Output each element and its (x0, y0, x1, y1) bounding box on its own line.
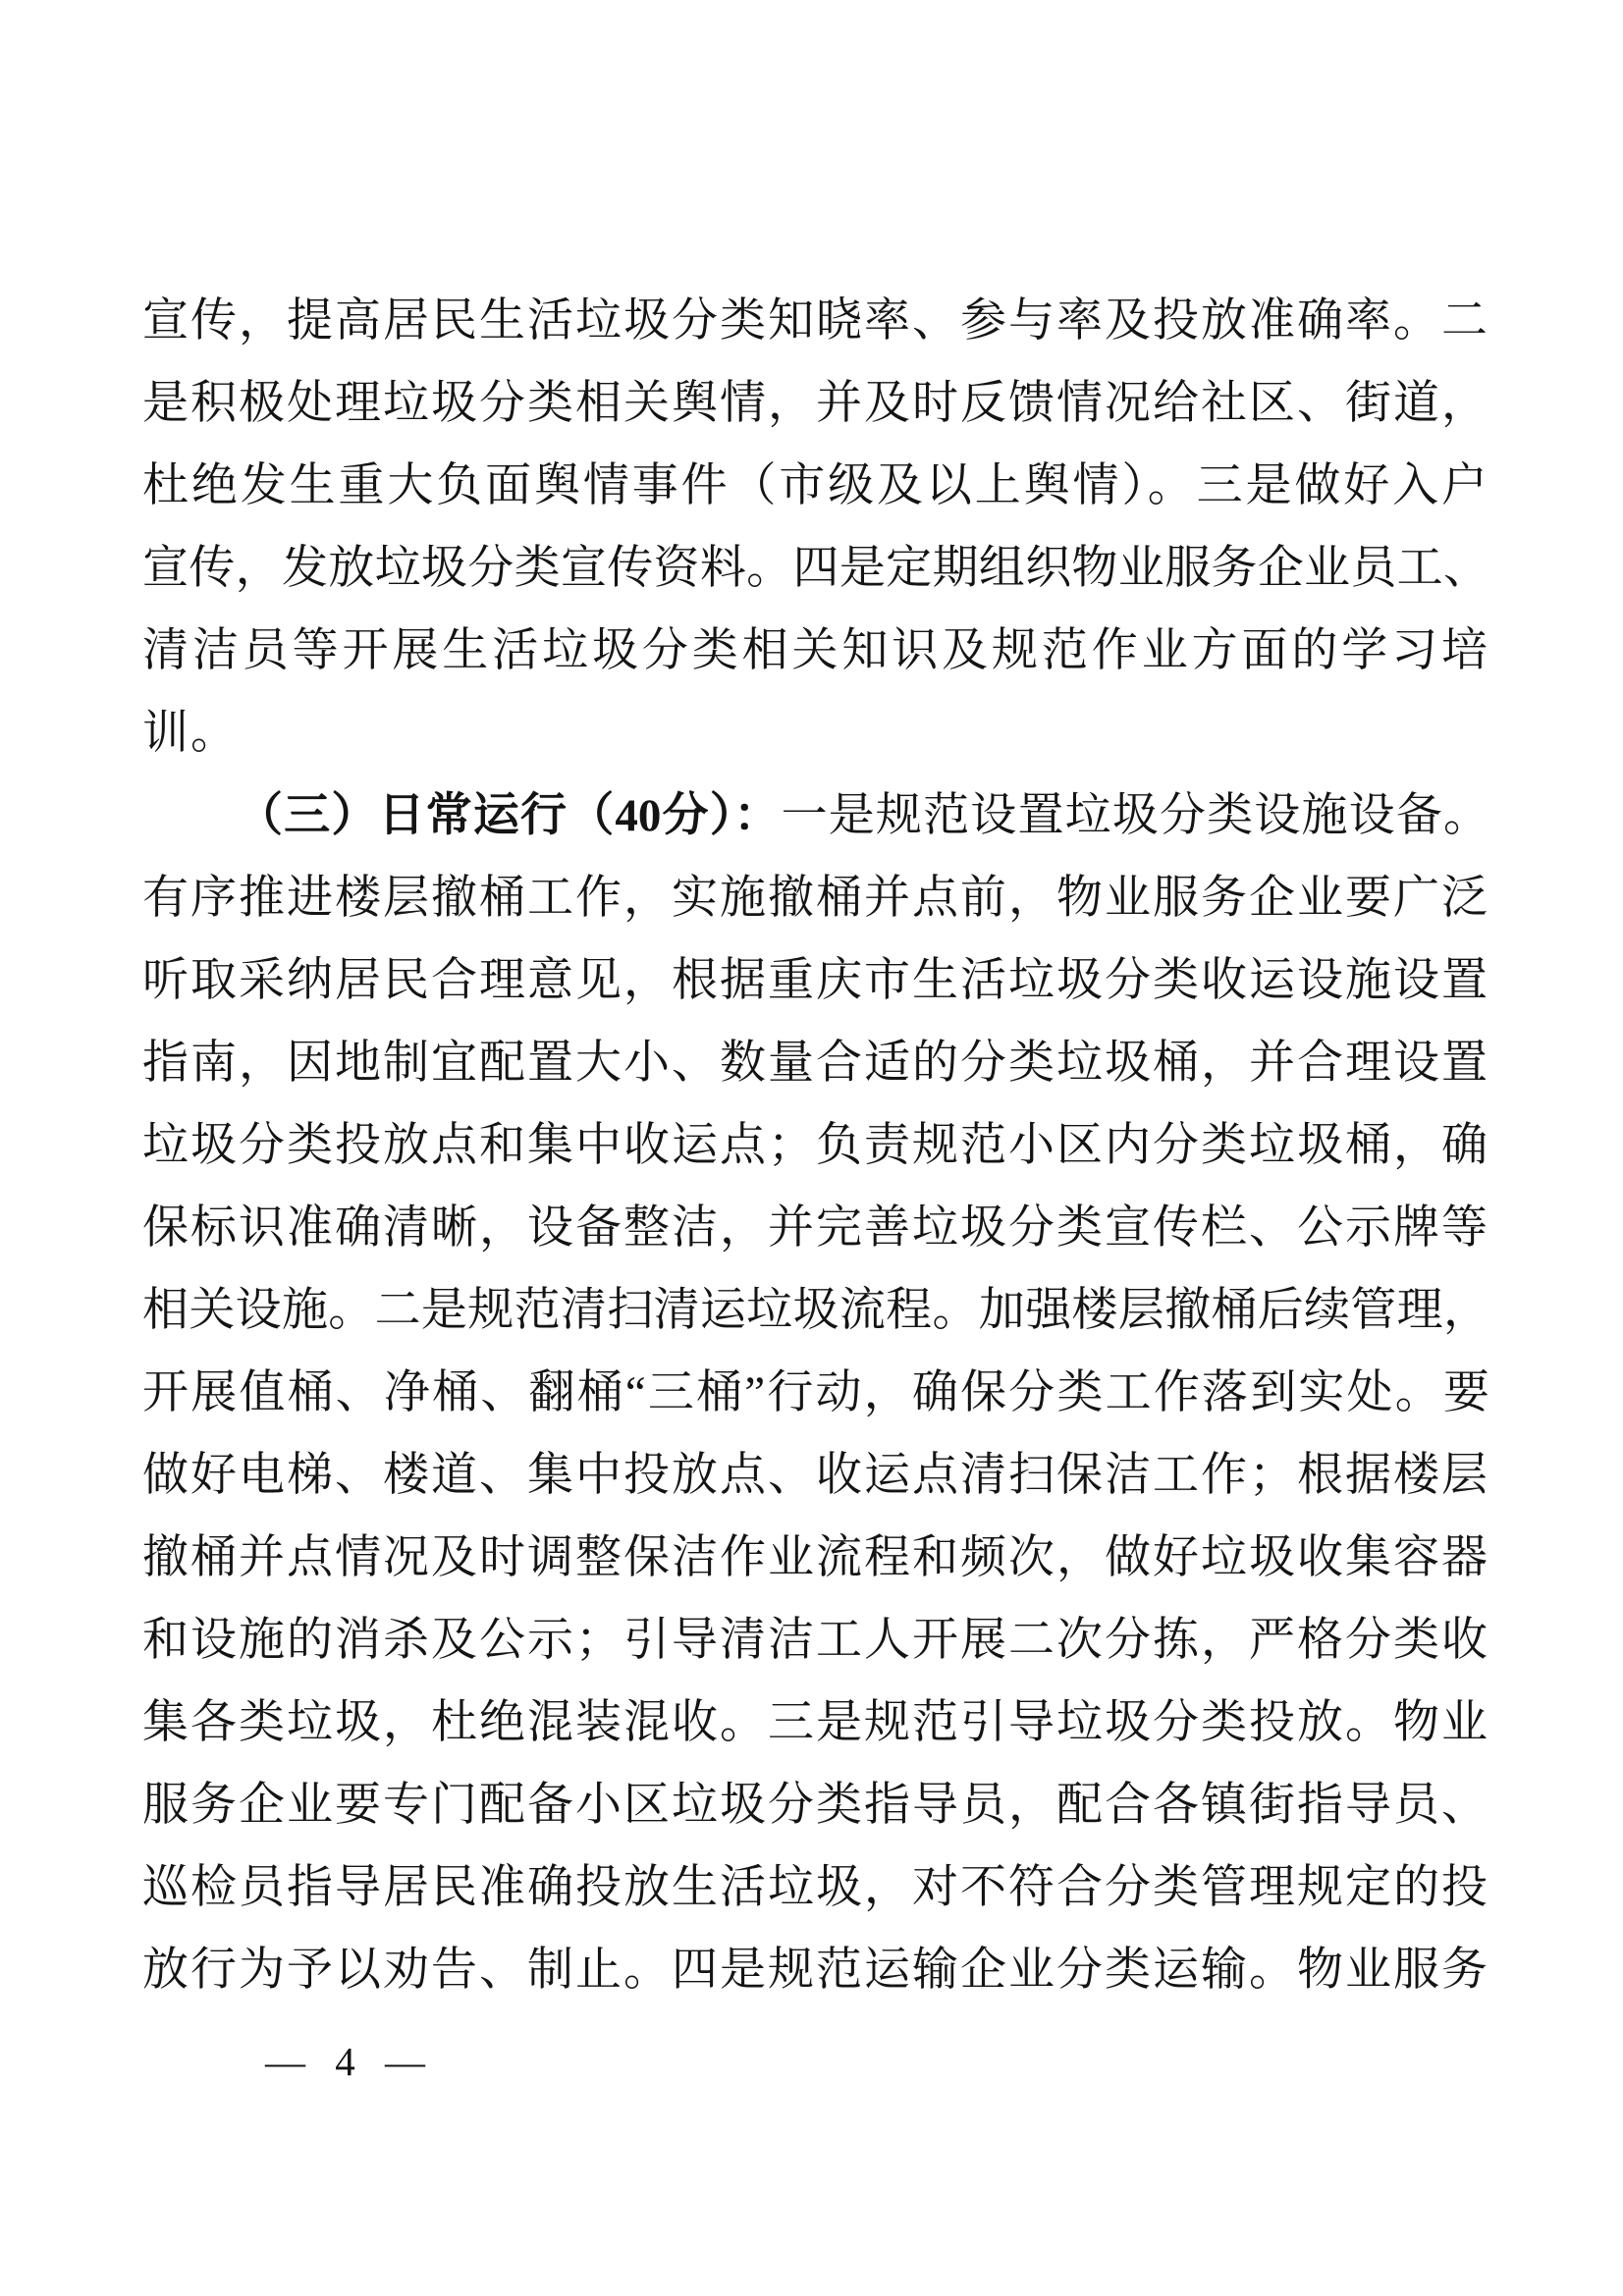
text-line: 开展值桶、净桶、翻桶“三桶”行动，确保分类工作落到实处。要 (142, 1352, 1489, 1434)
body-text: 一是规范设置垃圾分类设施设备。 (782, 790, 1489, 841)
text-line: 和设施的消杀及公示；引导清洁工人开展二次分拣，严格分类收 (142, 1599, 1489, 1682)
text-line: 指南，因地制宜配置大小、数量合适的分类垃圾桶，并合理设置 (142, 1022, 1489, 1104)
body-text: 集各类垃圾，杜绝混装混收。三是规范引导垃圾分类投放。物业 (142, 1697, 1489, 1748)
text-line: 训。 (142, 692, 1489, 774)
text-line: 做好电梯、楼道、集中投放点、收运点清扫保洁工作；根据楼层 (142, 1434, 1489, 1517)
body-text: 开展值桶、净桶、翻桶“三桶”行动，确保分类工作落到实处。要 (142, 1367, 1489, 1418)
text-line: 垃圾分类投放点和集中收运点；负责规范小区内分类垃圾桶，确 (142, 1104, 1489, 1187)
body-text: 垃圾分类投放点和集中收运点；负责规范小区内分类垃圾桶，确 (142, 1120, 1489, 1171)
text-line: 宣传，发放垃圾分类宣传资料。四是定期组织物业服务企业员工、 (142, 527, 1489, 610)
text-line: （三）日常运行（40分）：一是规范设置垃圾分类设施设备。 (142, 774, 1489, 857)
body-text: 和设施的消杀及公示；引导清洁工人开展二次分拣，严格分类收 (142, 1615, 1489, 1666)
text-line: 清洁员等开展生活垃圾分类相关知识及规范作业方面的学习培 (142, 610, 1489, 692)
body-text: 保标识准确清晰，设备整洁，并完善垃圾分类宣传栏、公示牌等 (142, 1202, 1489, 1254)
text-line: 巡检员指导居民准确投放生活垃圾，对不符合分类管理规定的投 (142, 1846, 1489, 1929)
body-text: 巡检员指导居民准确投放生活垃圾，对不符合分类管理规定的投 (142, 1862, 1489, 1913)
document-page: 宣传，提高居民生活垃圾分类知晓率、参与率及投放准确率。二是积极处理垃圾分类相关舆… (0, 0, 1623, 2296)
text-line: 有序推进楼层撤桶工作，实施撤桶并点前，物业服务企业要广泛 (142, 857, 1489, 939)
text-line: 保标识准确清晰，设备整洁，并完善垃圾分类宣传栏、公示牌等 (142, 1187, 1489, 1269)
body-text: 宣传，提高居民生活垃圾分类知晓率、参与率及投放准确率。二 (142, 295, 1489, 347)
page-number: — 4 — (265, 2038, 435, 2085)
body-text: 撤桶并点情况及时调整保洁作业流程和频次，做好垃圾收集容器 (142, 1532, 1489, 1583)
text-line: 是积极处理垃圾分类相关舆情，并及时反馈情况给社区、街道， (142, 362, 1489, 445)
text-line: 集各类垃圾，杜绝混装混收。三是规范引导垃圾分类投放。物业 (142, 1682, 1489, 1764)
text-line: 宣传，提高居民生活垃圾分类知晓率、参与率及投放准确率。二 (142, 280, 1489, 362)
body-text: 是积极处理垃圾分类相关舆情，并及时反馈情况给社区、街道， (142, 378, 1489, 429)
body-text: 指南，因地制宜配置大小、数量合适的分类垃圾桶，并合理设置 (142, 1038, 1489, 1089)
text-line: 杜绝发生重大负面舆情事件（市级及以上舆情）。三是做好入户 (142, 445, 1489, 527)
body-text: 服务企业要专门配备小区垃圾分类指导员，配合各镇街指导员、 (142, 1780, 1489, 1831)
section-heading-text: （三）日常运行（40分）： (237, 790, 782, 841)
text-line: 服务企业要专门配备小区垃圾分类指导员，配合各镇街指导员、 (142, 1764, 1489, 1846)
body-text: 做好电梯、楼道、集中投放点、收运点清扫保洁工作；根据楼层 (142, 1450, 1489, 1501)
body-text: 听取采纳居民合理意见，根据重庆市生活垃圾分类收运设施设置 (142, 955, 1489, 1006)
body-text: 有序推进楼层撤桶工作，实施撤桶并点前，物业服务企业要广泛 (142, 873, 1489, 924)
body-text: 杜绝发生重大负面舆情事件（市级及以上舆情）。三是做好入户 (142, 460, 1489, 511)
text-line: 听取采纳居民合理意见，根据重庆市生活垃圾分类收运设施设置 (142, 939, 1489, 1022)
text-line: 撤桶并点情况及时调整保洁作业流程和频次，做好垃圾收集容器 (142, 1517, 1489, 1599)
body-text: 宣传，发放垃圾分类宣传资料。四是定期组织物业服务企业员工、 (142, 543, 1489, 594)
body-text: 训。 (142, 708, 239, 759)
text-line: 相关设施。二是规范清扫清运垃圾流程。加强楼层撤桶后续管理， (142, 1269, 1489, 1352)
text-line: 放行为予以劝告、制止。四是规范运输企业分类运输。物业服务 (142, 1929, 1489, 2011)
body-text: 清洁员等开展生活垃圾分类相关知识及规范作业方面的学习培 (142, 625, 1489, 676)
document-lines: 宣传，提高居民生活垃圾分类知晓率、参与率及投放准确率。二是积极处理垃圾分类相关舆… (142, 280, 1489, 2011)
body-text: 放行为予以劝告、制止。四是规范运输企业分类运输。物业服务 (142, 1945, 1489, 1996)
body-text: 相关设施。二是规范清扫清运垃圾流程。加强楼层撤桶后续管理， (142, 1285, 1489, 1336)
